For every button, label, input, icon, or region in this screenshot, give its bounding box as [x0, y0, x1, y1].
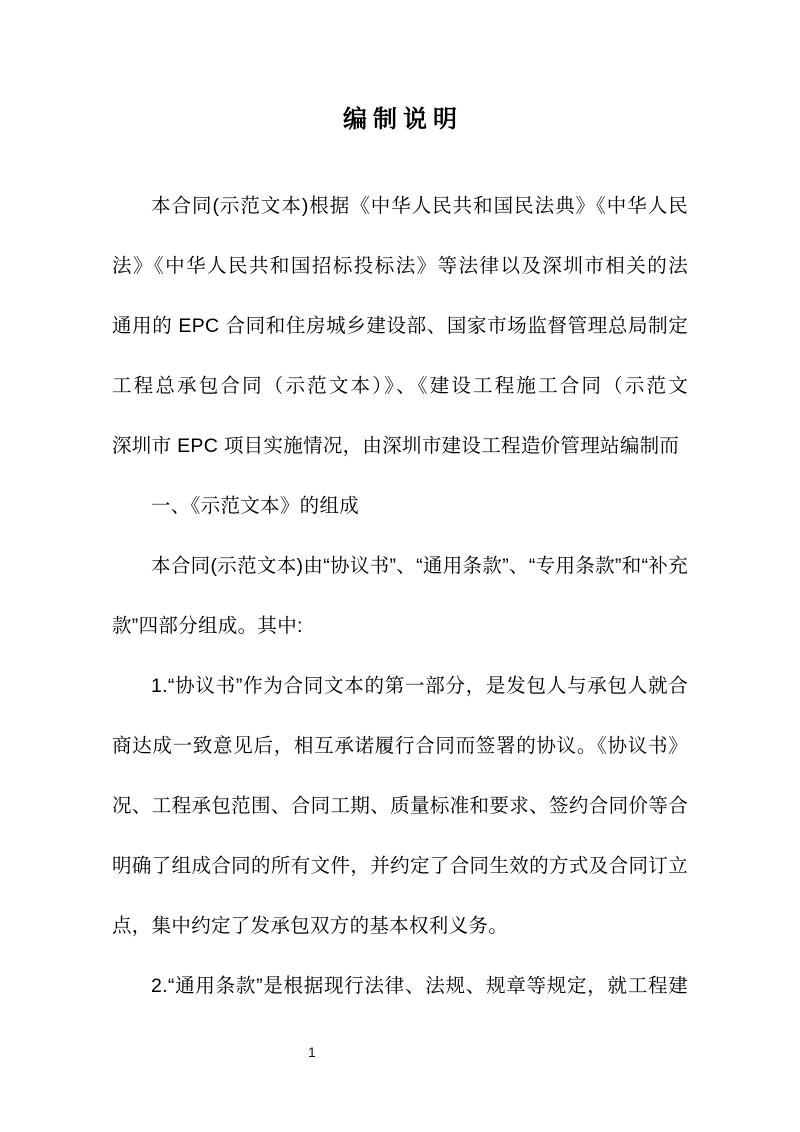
text-line: 工程总承包合同（示范文本）》、《建设工程施工合同（示范文本）》，结合: [112, 356, 688, 416]
section-heading: 一、《示范文本》的组成: [112, 476, 688, 536]
document-body: 本合同(示范文本)根据《中华人民共和国民法典》《中华人民共和国建筑 法》《中华人…: [0, 176, 800, 1016]
text-line: 本合同(示范文本)由“协议书”、“通用条款”、“专用条款”和“补充条: [112, 536, 688, 596]
text-line: 本合同(示范文本)根据《中华人民共和国民法典》《中华人民共和国建筑: [112, 176, 688, 236]
text-line: 2.“通用条款”是根据现行法律、法规、规章等规定，就工程建设的实施: [112, 956, 688, 1016]
text-line: 1.“协议书”作为合同文本的第一部分，是发包人与承包人就合同内容协: [112, 656, 688, 716]
text-line: 深圳市 EPC 项目实施情况，由深圳市建设工程造价管理站编制而成。: [112, 416, 688, 476]
page-title: 编制说明: [0, 0, 800, 136]
text-line: 商达成一致意见后，相互承诺履行合同而签署的协议。《协议书》包括工程概: [112, 716, 688, 776]
text-line: 通用的 EPC 合同和住房城乡建设部、国家市场监督管理总局制定的《建设项目: [112, 296, 688, 356]
text-line: 款”四部分组成。其中:: [112, 596, 688, 656]
text-line: 明确了组成合同的所有文件，并约定了合同生效的方式及合同订立的时间、地: [112, 836, 688, 896]
page-number: 1: [308, 1044, 316, 1060]
text-line: 点，集中约定了发承包双方的基本权利义务。: [112, 896, 688, 956]
text-line: 法》《中华人民共和国招标投标法》等法律以及深圳市相关的法规，借鉴国际: [112, 236, 688, 296]
text-line: 况、工程承包范围、合同工期、质量标准和要求、签约合同价等合同主要内容，: [112, 776, 688, 836]
document-page: 编制说明 本合同(示范文本)根据《中华人民共和国民法典》《中华人民共和国建筑 法…: [0, 0, 800, 1132]
